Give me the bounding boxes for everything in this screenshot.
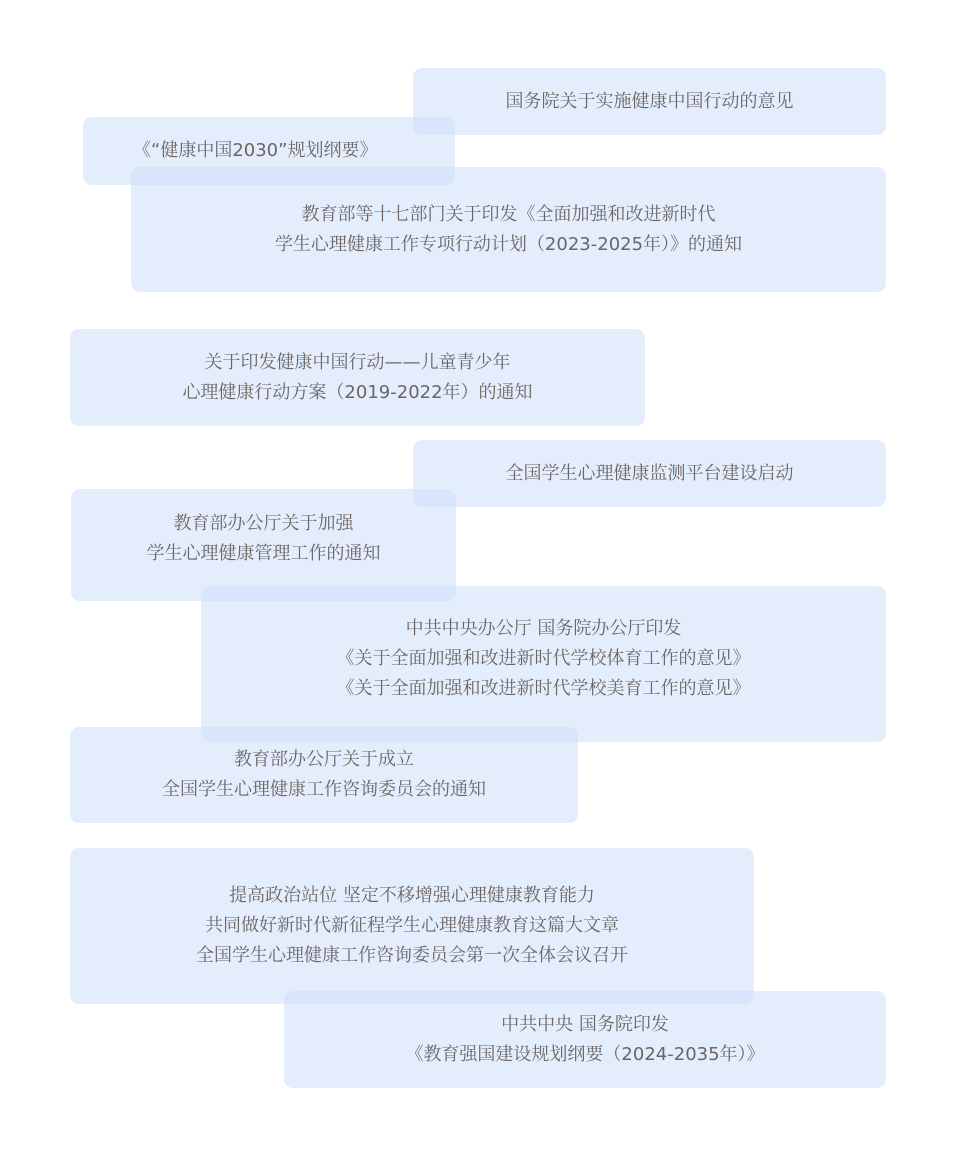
policy-card-1: 国务院关于实施健康中国行动的意见 bbox=[413, 68, 886, 135]
policy-card-4-line-1: 关于印发健康中国行动——儿童青少年 bbox=[205, 348, 511, 378]
policy-card-5-line-1: 全国学生心理健康监测平台建设启动 bbox=[506, 459, 794, 489]
policy-card-6-line-1: 教育部办公厅关于加强 bbox=[174, 509, 354, 539]
policy-card-7: 中共中央办公厅 国务院办公厅印发 《关于全面加强和改进新时代学校体育工作的意见》… bbox=[201, 586, 886, 742]
policy-card-6: 教育部办公厅关于加强 学生心理健康管理工作的通知 bbox=[71, 489, 456, 601]
policy-card-5: 全国学生心理健康监测平台建设启动 bbox=[413, 440, 886, 507]
policy-card-8: 教育部办公厅关于成立 全国学生心理健康工作咨询委员会的通知 bbox=[70, 727, 578, 823]
policy-card-9-line-2: 共同做好新时代新征程学生心理健康教育这篇大文章 bbox=[205, 911, 619, 941]
policy-card-4: 关于印发健康中国行动——儿童青少年 心理健康行动方案（2019-2022年）的通… bbox=[70, 329, 645, 426]
policy-card-10: 中共中央 国务院印发 《教育强国建设规划纲要（2024-2035年）》 bbox=[284, 991, 886, 1088]
policy-card-7-line-1: 中共中央办公厅 国务院办公厅印发 bbox=[406, 614, 682, 644]
policy-card-1-line-1: 国务院关于实施健康中国行动的意见 bbox=[506, 87, 794, 117]
policy-card-3-line-2: 学生心理健康工作专项行动计划（2023-2025年）》的通知 bbox=[275, 230, 742, 260]
policy-card-9: 提高政治站位 坚定不移增强心理健康教育能力 共同做好新时代新征程学生心理健康教育… bbox=[70, 848, 754, 1004]
policy-card-9-line-1: 提高政治站位 坚定不移增强心理健康教育能力 bbox=[229, 881, 595, 911]
policy-card-2-line-1: 《“健康中国2030”规划纲要》 bbox=[133, 136, 377, 166]
policy-card-10-line-1: 中共中央 国务院印发 bbox=[501, 1010, 669, 1040]
policy-card-3: 教育部等十七部门关于印发《全面加强和改进新时代 学生心理健康工作专项行动计划（2… bbox=[131, 167, 886, 292]
policy-card-8-line-2: 全国学生心理健康工作咨询委员会的通知 bbox=[162, 775, 486, 805]
policy-card-3-line-1: 教育部等十七部门关于印发《全面加强和改进新时代 bbox=[302, 200, 716, 230]
policy-card-4-line-2: 心理健康行动方案（2019-2022年）的通知 bbox=[182, 378, 532, 408]
policy-card-7-line-2: 《关于全面加强和改进新时代学校体育工作的意见》 bbox=[337, 644, 751, 674]
policy-card-10-line-2: 《教育强国建设规划纲要（2024-2035年）》 bbox=[405, 1040, 764, 1070]
policy-card-8-line-1: 教育部办公厅关于成立 bbox=[234, 745, 414, 775]
policy-card-9-line-3: 全国学生心理健康工作咨询委员会第一次全体会议召开 bbox=[196, 941, 628, 971]
policy-card-6-line-2: 学生心理健康管理工作的通知 bbox=[147, 539, 381, 569]
policy-card-7-line-3: 《关于全面加强和改进新时代学校美育工作的意见》 bbox=[337, 674, 751, 704]
